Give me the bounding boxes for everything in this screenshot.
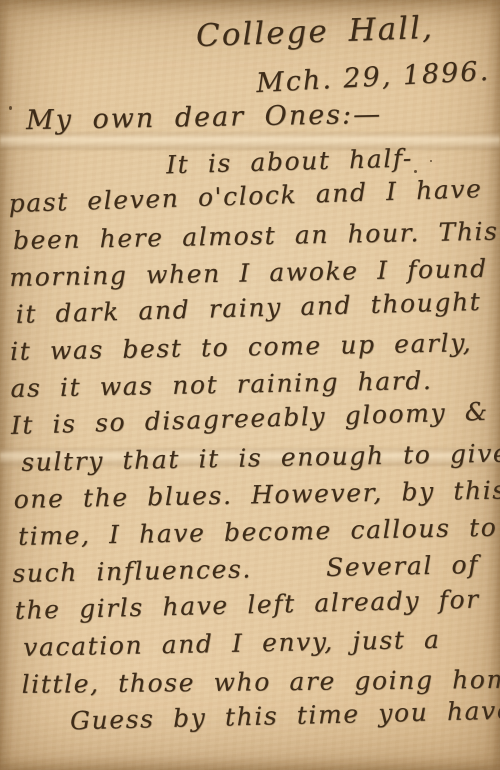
ink-speck <box>9 106 12 110</box>
letter-line: vacation and I envy, just a <box>23 620 500 666</box>
ink-speck <box>414 170 417 173</box>
letter-salutation: My own dear Ones:— <box>26 99 383 136</box>
ink-speck <box>430 160 432 162</box>
letter-body: It is about half- past eleven o'clock an… <box>8 143 500 740</box>
letter-scan: College Hall, Mch. 29, 1896. My own dear… <box>0 0 500 770</box>
